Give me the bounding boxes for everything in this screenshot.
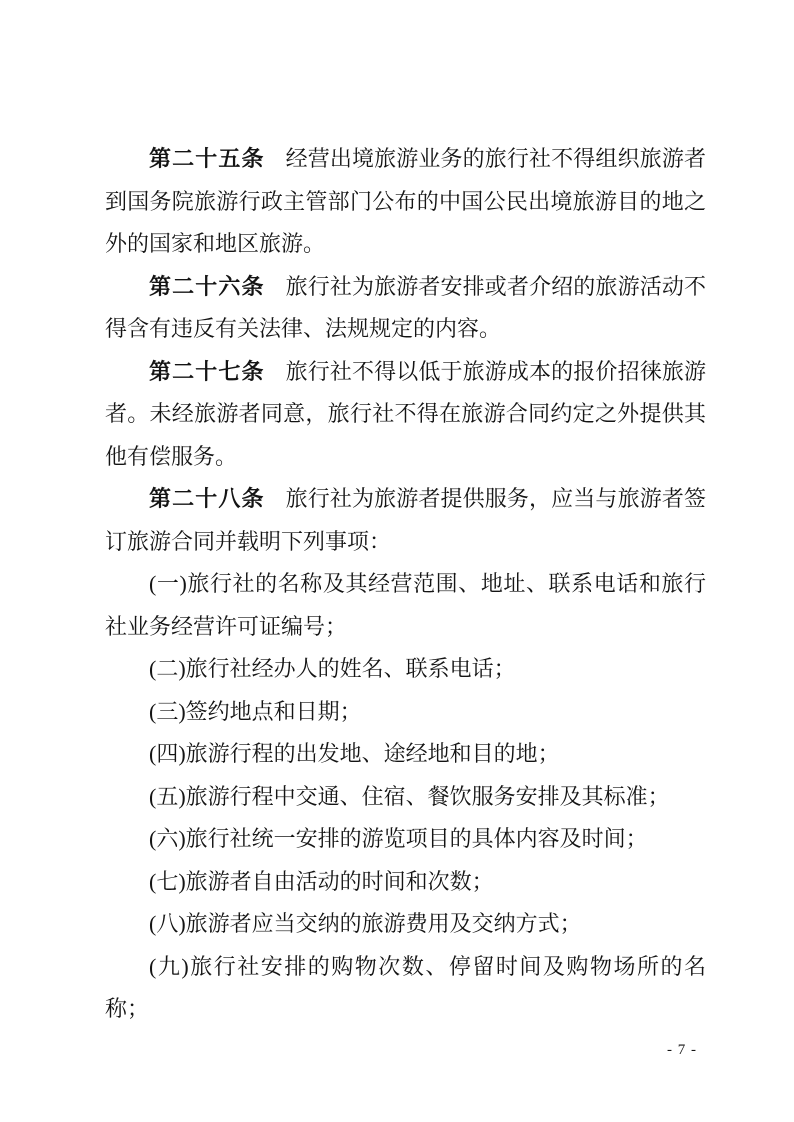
article-paragraph-26: 第二十六条旅行社为旅游者安排或者介绍的旅游活动不得含有违反有关法律、法规规定的内…: [105, 266, 706, 351]
list-item-3: (三)签约地点和日期；: [105, 691, 706, 734]
article-number-26: 第二十六条: [149, 274, 265, 299]
list-item-4: (四)旅游行程的出发地、途经地和目的地；: [105, 733, 706, 776]
list-item-6: (六)旅行社统一安排的游览项目的具体内容及时间；: [105, 818, 706, 861]
list-item-7: (七)旅游者自由活动的时间和次数；: [105, 861, 706, 904]
document-page: 第二十五条经营出境旅游业务的旅行社不得组织旅游者到国务院旅游行政主管部门公布的中…: [0, 0, 794, 1122]
article-paragraph-27: 第二十七条旅行社不得以低于旅游成本的报价招徕旅游者。未经旅游者同意，旅行社不得在…: [105, 351, 706, 479]
list-item-8: (八)旅游者应当交纳的旅游费用及交纳方式；: [105, 903, 706, 946]
list-item-5: (五)旅游行程中交通、住宿、餐饮服务安排及其标准；: [105, 776, 706, 819]
article-paragraph-25: 第二十五条经营出境旅游业务的旅行社不得组织旅游者到国务院旅游行政主管部门公布的中…: [105, 138, 706, 266]
article-number-25: 第二十五条: [149, 146, 265, 171]
page-number: - 7 -: [667, 1040, 697, 1060]
article-paragraph-28: 第二十八条旅行社为旅游者提供服务，应当与旅游者签订旅游合同并载明下列事项：: [105, 478, 706, 563]
list-item-9: (九)旅行社安排的购物次数、停留时间及购物场所的名称；: [105, 946, 706, 1031]
list-item-1: (一)旅行社的名称及其经营范围、地址、联系电话和旅行社业务经营许可证编号；: [105, 563, 706, 648]
list-item-2: (二)旅行社经办人的姓名、联系电话；: [105, 648, 706, 691]
article-number-27: 第二十七条: [149, 359, 265, 384]
document-content: 第二十五条经营出境旅游业务的旅行社不得组织旅游者到国务院旅游行政主管部门公布的中…: [105, 138, 706, 1031]
article-number-28: 第二十八条: [149, 486, 265, 511]
